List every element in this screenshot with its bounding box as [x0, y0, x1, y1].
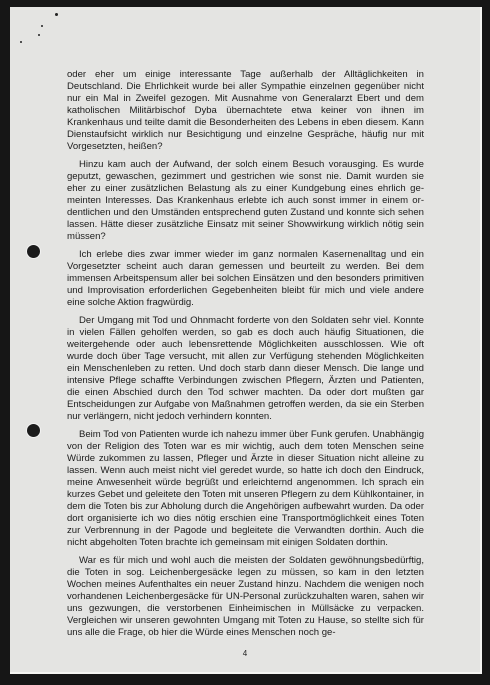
punch-hole-upper — [27, 245, 40, 258]
punch-hole-lower — [27, 424, 40, 437]
paragraph: Hinzu kam auch der Aufwand, der solch ei… — [67, 159, 424, 243]
paragraph: Der Umgang mit Tod und Ohnmacht forderte… — [67, 315, 424, 423]
page-number: 4 — [10, 649, 480, 658]
body-text: oder eher um einige interessante Tage au… — [67, 69, 424, 645]
paragraph: Ich erlebe dies zwar immer wieder im gan… — [67, 249, 424, 309]
paragraph: Beim Tod von Patienten wurde ich nahezu … — [67, 429, 424, 549]
scan-speck — [20, 41, 22, 43]
scan-speck — [38, 34, 40, 36]
scan-speck — [55, 13, 58, 16]
paragraph: War es für mich und wohl auch die meiste… — [67, 555, 424, 639]
document-page: oder eher um einige interessante Tage au… — [10, 7, 482, 674]
scan-speck — [41, 25, 43, 27]
paragraph: oder eher um einige interessante Tage au… — [67, 69, 424, 153]
